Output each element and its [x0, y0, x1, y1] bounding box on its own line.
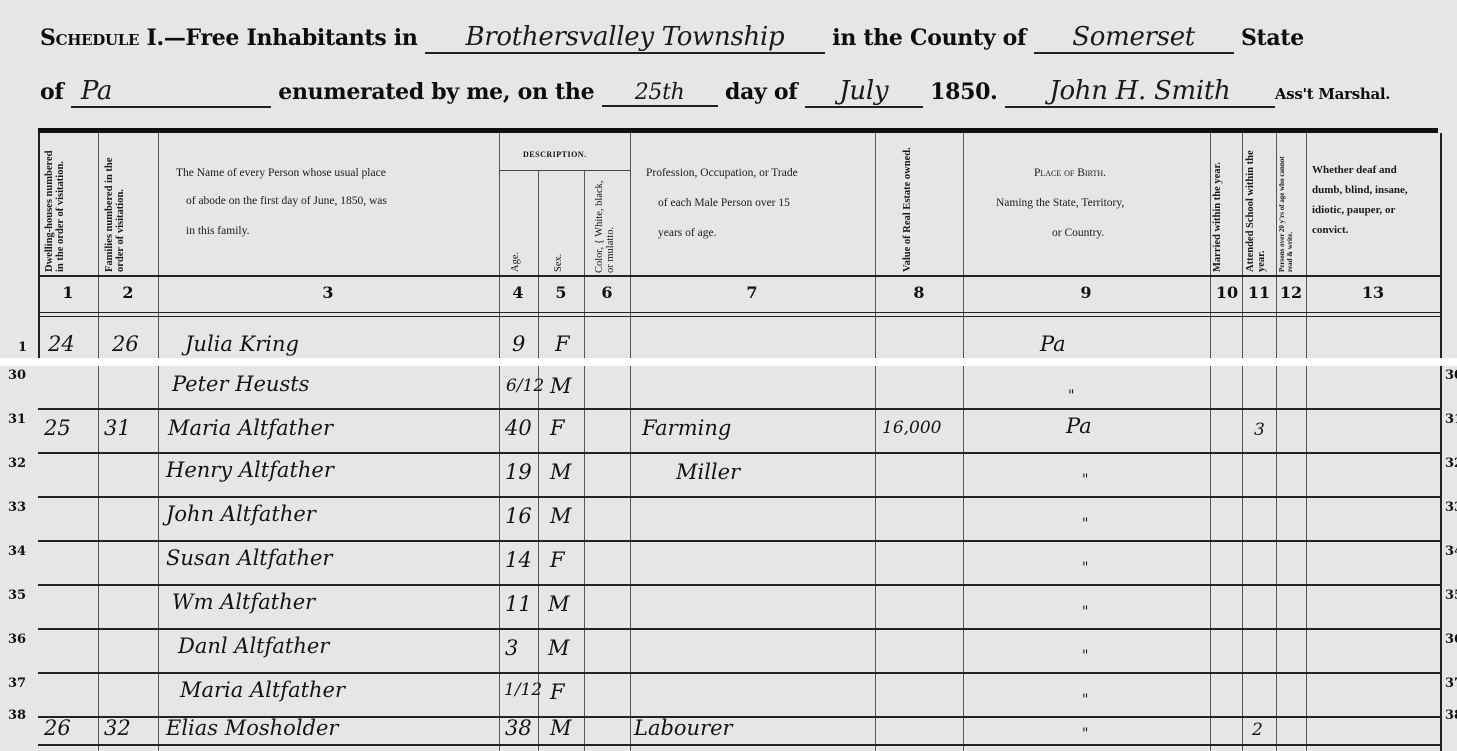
col-divider [1242, 133, 1243, 751]
row-line-number-right: 32 [1445, 456, 1457, 471]
person-sex: M [548, 636, 570, 660]
dwelling-number: 24 [48, 332, 75, 356]
person-sex: F [550, 416, 565, 440]
row-rule [38, 540, 1440, 542]
col7-header-line2: of each Male Person over 15 [658, 190, 790, 216]
col-num-12: 12 [1276, 283, 1306, 302]
person-sex: M [550, 374, 572, 398]
schedule-title-line: Schedule I.—Free Inhabitants in Brothers… [40, 22, 1304, 54]
person-name: Susan Altfather [166, 546, 332, 570]
row-line-number-right: 30 [1445, 368, 1457, 383]
person-name: Julia Kring [185, 332, 299, 356]
row-line-number: 35 [8, 588, 26, 603]
col-divider [584, 170, 585, 751]
occupation: Labourer [634, 716, 733, 740]
col1-header: Dwelling-houses numbered in the order of… [44, 142, 96, 272]
col-divider [1210, 133, 1211, 751]
numbers-rule-bottom [38, 316, 1440, 317]
row-line-number: 33 [8, 500, 26, 515]
attended-school: 3 [1254, 420, 1265, 440]
col-num-9: 9 [1076, 283, 1096, 302]
person-name: Wm Altfather [172, 590, 315, 614]
row-line-number-right: 33 [1445, 500, 1457, 515]
col12-header: Persons over 20 y'rs of age who cannot r… [1278, 145, 1304, 272]
col-divider [499, 133, 500, 751]
day-field: 25th [602, 80, 718, 107]
col6-header: Color, { White, black, or mulatto. [594, 175, 628, 273]
year-label: 1850. [930, 79, 997, 105]
col-divider [1276, 133, 1277, 751]
col-num-5: 5 [551, 283, 571, 302]
title-rule [38, 128, 1438, 133]
row-line-number-right: 31 [1445, 412, 1457, 427]
col13-header-line2: dumb, blind, insane, [1312, 180, 1408, 200]
person-age: 11 [505, 592, 532, 616]
birthplace: " [1082, 516, 1088, 532]
col-divider [98, 133, 99, 751]
image-seam [0, 358, 1457, 366]
col7-header-line1: Profession, Occupation, or Trade [646, 160, 798, 186]
person-age: 1/12 [504, 680, 542, 700]
col7-header-line3: years of age. [658, 220, 716, 246]
dwelling-number: 25 [44, 416, 71, 440]
birthplace: " [1082, 604, 1088, 620]
col3-header-line3: in this family. [186, 218, 249, 244]
row-line-number: 32 [8, 456, 26, 471]
person-age: 40 [505, 416, 532, 440]
state-field: Pa [71, 76, 271, 108]
header-rule [38, 275, 1440, 277]
col-num-8: 8 [909, 283, 929, 302]
left-border [38, 133, 40, 358]
col-num-4: 4 [508, 283, 528, 302]
col3-header-line1: The Name of every Person whose usual pla… [176, 160, 386, 186]
row-line-number: 1 [18, 340, 27, 355]
col-divider [158, 133, 159, 751]
schedule-label: Schedule I. [40, 25, 164, 51]
row-rule [38, 452, 1440, 454]
person-sex: M [548, 592, 570, 616]
county-label: in the County of [832, 25, 1026, 51]
occupation: Farming [642, 416, 731, 440]
person-name: Maria Altfather [168, 416, 333, 440]
enumeration-line: of Pa enumerated by me, on the 25th day … [40, 76, 1390, 108]
right-border [1440, 133, 1442, 751]
col-num-13: 13 [1358, 283, 1388, 302]
col-num-1: 1 [58, 283, 78, 302]
col-divider [630, 133, 631, 751]
person-sex: M [550, 716, 572, 740]
row-line-number: 34 [8, 544, 26, 559]
row-rule [38, 672, 1440, 674]
marshal-label: Ass't Marshal. [1275, 85, 1390, 103]
title-prefix: —Free Inhabitants in [164, 25, 418, 51]
numbers-rule-top [38, 312, 1440, 313]
person-name: Maria Altfather [180, 678, 345, 702]
row-line-number-right: 37 [1445, 676, 1457, 691]
row-line-number: 38 [8, 708, 26, 723]
col10-header: Married within the year. [1212, 145, 1240, 272]
month-field: July [805, 76, 923, 108]
col-num-6: 6 [597, 283, 617, 302]
row-rule [38, 744, 1440, 746]
col-num-10: 10 [1212, 283, 1242, 302]
col4-header: Age. [510, 240, 526, 272]
col-num-2: 2 [118, 283, 138, 302]
enumerated-label: enumerated by me, on the [278, 79, 594, 105]
row-line-number: 37 [8, 676, 26, 691]
row-line-number: 31 [8, 412, 26, 427]
person-sex: F [550, 548, 565, 572]
of-label: of [40, 79, 64, 105]
person-sex: M [550, 504, 572, 528]
col8-header: Value of Real Estate owned. [902, 142, 932, 272]
birthplace: " [1082, 726, 1088, 742]
attended-school: 2 [1252, 720, 1263, 740]
dwelling-number: 26 [44, 716, 71, 740]
row-line-number-right: 36 [1445, 632, 1457, 647]
birthplace: " [1082, 472, 1088, 488]
col13-header-line4: convict. [1312, 220, 1348, 240]
county-field: Somerset [1034, 22, 1234, 54]
row-rule [38, 496, 1440, 498]
row-rule [38, 584, 1440, 586]
person-age: 9 [512, 332, 525, 356]
row-line-number-right: 38 [1445, 708, 1457, 723]
person-name: Danl Altfather [178, 634, 329, 658]
row-rule [38, 628, 1440, 630]
person-age: 6/12 [506, 376, 544, 396]
real-estate-value: 16,000 [882, 418, 941, 438]
row-line-number: 30 [8, 368, 26, 383]
col11-header: Attended School within the year. [1245, 145, 1275, 272]
col2-header: Families numbered in the order of visita… [104, 148, 154, 272]
birthplace: " [1082, 648, 1088, 664]
person-name: Henry Altfather [166, 458, 334, 482]
family-number: 26 [112, 332, 139, 356]
col13-header-line1: Whether deaf and [1312, 160, 1397, 180]
birthplace: Pa [1066, 414, 1092, 438]
person-age: 38 [505, 716, 532, 740]
col13-header-line3: idiotic, pauper, or [1312, 200, 1395, 220]
birthplace: Pa [1040, 332, 1066, 356]
col-divider [963, 133, 964, 751]
person-name: Peter Heusts [172, 372, 309, 396]
col9-header-line1: Place of Birth. [1034, 160, 1106, 186]
census-page: Schedule I.—Free Inhabitants in Brothers… [0, 0, 1457, 751]
person-sex: F [550, 680, 565, 704]
birthplace: " [1082, 692, 1088, 708]
person-age: 3 [505, 636, 518, 660]
row-line-number-right: 35 [1445, 588, 1457, 603]
person-age: 19 [505, 460, 532, 484]
day-of-label: day of [725, 79, 797, 105]
col9-header-line3: or Country. [1052, 220, 1104, 246]
family-number: 31 [104, 416, 131, 440]
person-sex: M [550, 460, 572, 484]
person-age: 14 [505, 548, 532, 572]
description-header: DESCRIPTION. [523, 150, 587, 159]
occupation: Miller [676, 460, 740, 484]
col-num-3: 3 [318, 283, 338, 302]
family-number: 32 [104, 716, 131, 740]
row-rule [38, 408, 1440, 410]
person-name: John Altfather [166, 502, 316, 526]
col-divider [875, 133, 876, 751]
col3-header-line2: of abode on the first day of June, 1850,… [186, 188, 387, 214]
col9-header-line2: Naming the State, Territory, [996, 190, 1124, 216]
description-rule [499, 170, 630, 171]
person-age: 16 [505, 504, 532, 528]
col5-header: Sex. [553, 240, 569, 272]
row-line-number: 36 [8, 632, 26, 647]
row-line-number-right: 34 [1445, 544, 1457, 559]
person-sex: F [555, 332, 570, 356]
marshal-signature: John H. Smith [1005, 76, 1275, 108]
township-field: Brothersvalley Township [425, 22, 825, 54]
birthplace: " [1082, 560, 1088, 576]
birthplace: " [1068, 388, 1074, 404]
state-label: State [1241, 25, 1304, 51]
col-divider [1306, 133, 1307, 751]
col-divider [538, 170, 539, 751]
person-name: Elias Mosholder [166, 716, 338, 740]
col-num-11: 11 [1244, 283, 1274, 302]
col-num-7: 7 [742, 283, 762, 302]
